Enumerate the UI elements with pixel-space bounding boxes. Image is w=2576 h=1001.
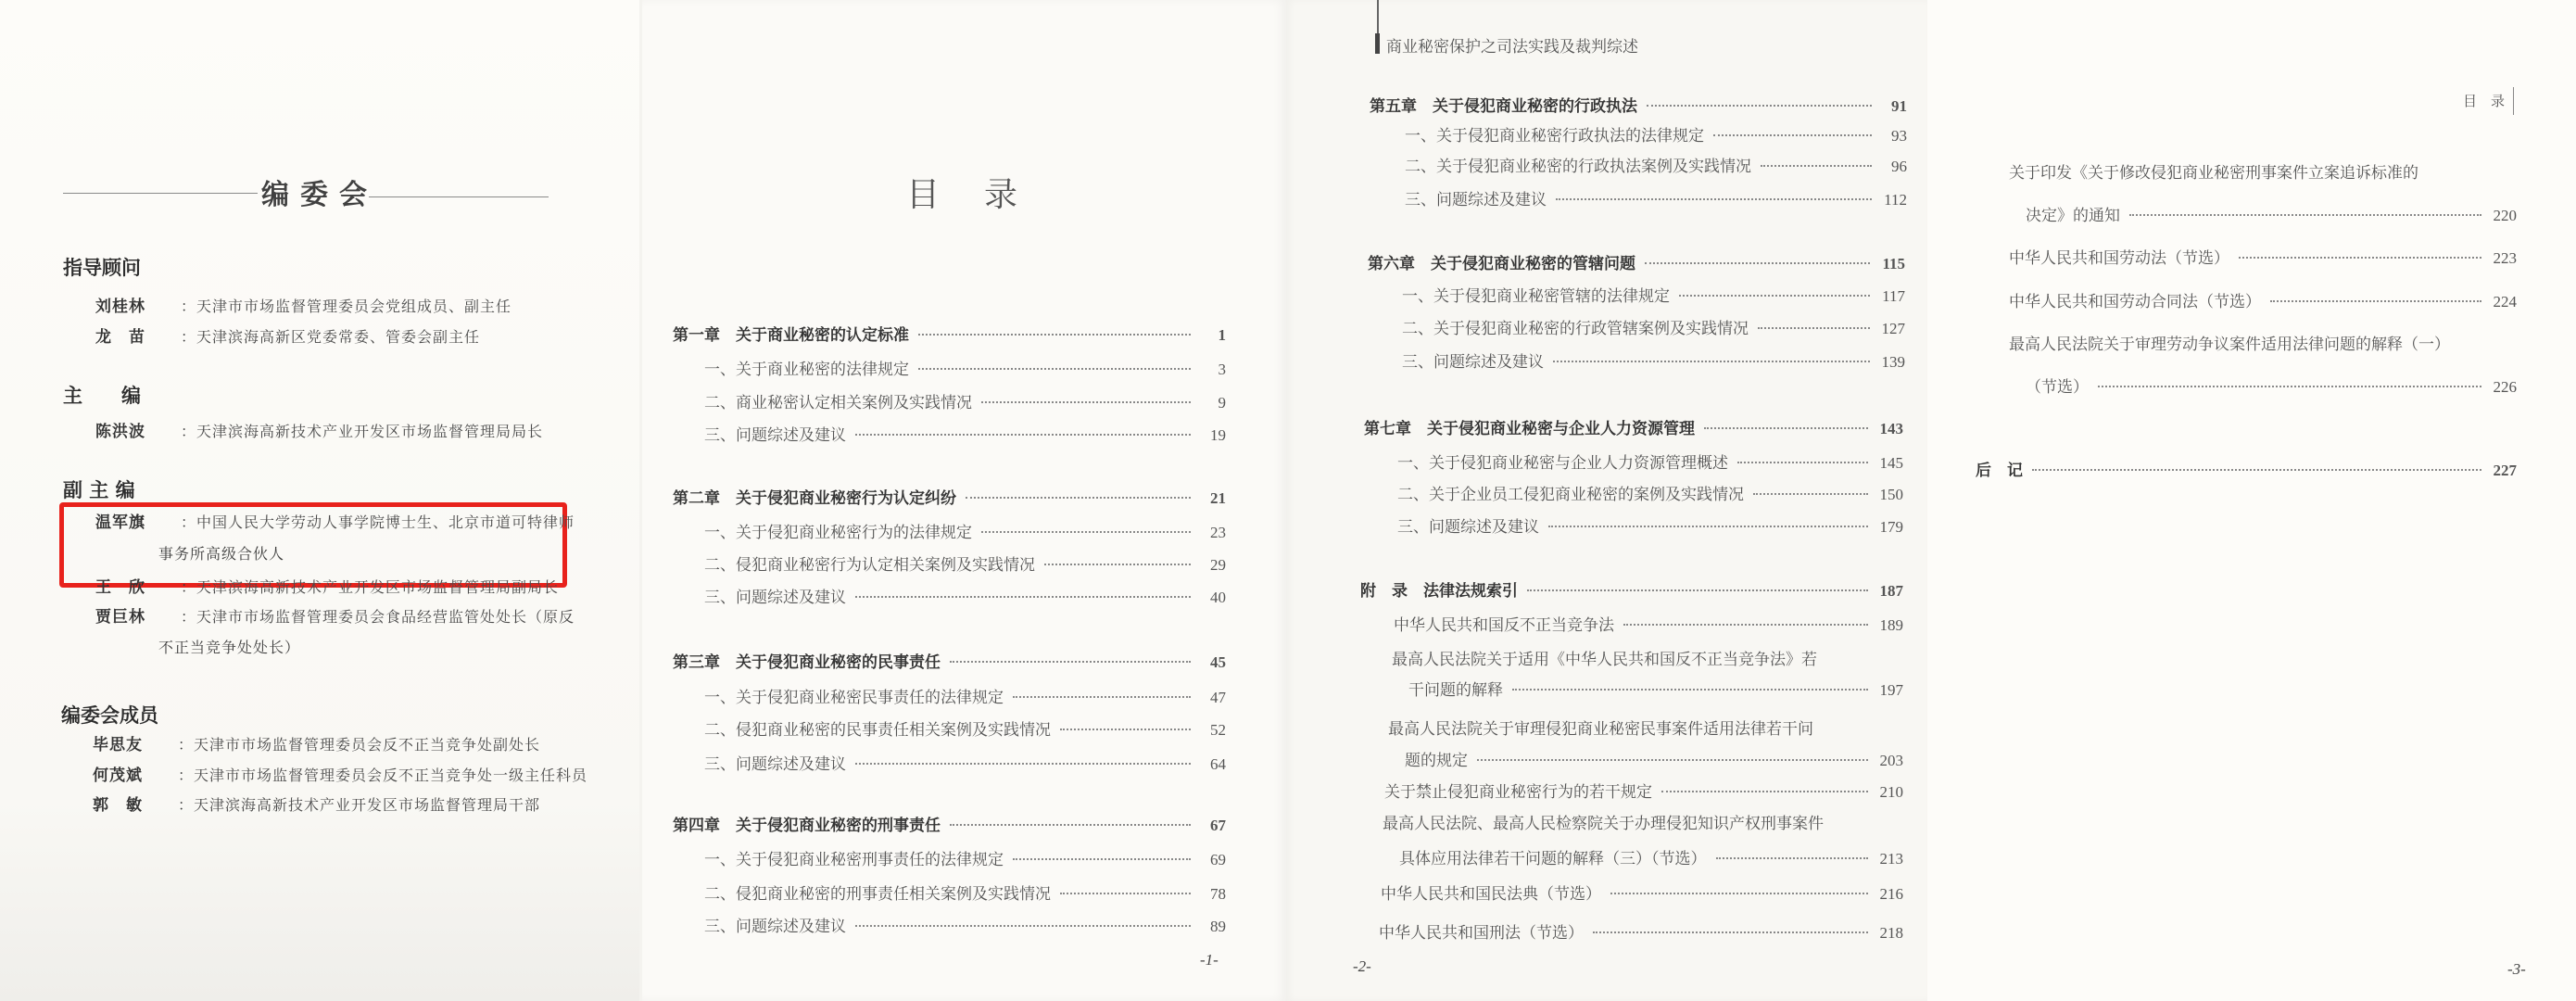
title-rule-left — [63, 193, 258, 194]
leader-dots — [966, 497, 1191, 499]
member-row-highlighted: 温军旗：中国人民大学劳动人事学院博士生、北京市道可特律师 — [95, 509, 575, 532]
toc-page-number: 226 — [2491, 378, 2517, 397]
leader-dots — [2270, 300, 2481, 302]
leader-dots — [1060, 893, 1191, 894]
toc-law[interactable]: 关于禁止侵犯商业秘密行为的若干规定210 — [1384, 779, 1903, 802]
member-desc: 天津市市场监督管理委员会反不正当竞争处一级主任科员 — [194, 767, 587, 784]
leader-dots — [1623, 624, 1868, 626]
toc-page-number: 67 — [1200, 817, 1226, 835]
toc-label: 三、问题综述及建议 — [1405, 186, 1547, 209]
toc-law[interactable]: 中华人民共和国劳动合同法（节选）224 — [2009, 288, 2517, 311]
toc-page-number: 203 — [1877, 752, 1903, 770]
leader-dots — [1013, 696, 1191, 698]
toc-label: 一、关于侵犯商业秘密刑事责任的法律规定 — [704, 846, 1004, 869]
leader-dots — [1716, 857, 1869, 859]
header-rule — [1377, 0, 1379, 33]
toc-section[interactable]: 三、问题综述及建议89 — [704, 913, 1226, 936]
toc-page-number: 216 — [1877, 885, 1903, 904]
toc-page-number: 45 — [1200, 653, 1226, 672]
member-row: 刘桂林：天津市市场监督管理委员会党组成员、副主任 — [95, 293, 511, 316]
member-desc: 天津滨海高新技术产业开发区市场监督管理局局长 — [196, 423, 543, 440]
toc-page-number: 78 — [1200, 885, 1226, 904]
toc-label: 三、问题综述及建议 — [1397, 513, 1539, 537]
toc-page-number: 223 — [2491, 249, 2517, 268]
colon: ： — [181, 423, 196, 440]
toc-label: 第二章 关于侵犯商业秘密行为认定纠纷 — [673, 485, 956, 508]
toc-page-number: 69 — [1200, 851, 1226, 869]
toc-label: 三、问题综述及建议 — [704, 913, 846, 936]
member-row: 郭 敏：天津滨海高新技术产业开发区市场监督管理局干部 — [93, 792, 540, 815]
leader-dots — [1556, 198, 1872, 200]
toc-page-number: 218 — [1877, 924, 1903, 943]
page-toc-3: 目 录 关于印发《关于修改侵犯商业秘密刑事案件立案追诉标准的 决定》的通知220… — [1927, 0, 2576, 1001]
section-heading-deputy-editors: 副 主 编 — [63, 475, 135, 503]
toc-page-number: 93 — [1881, 127, 1907, 146]
toc-law[interactable]: 中华人民共和国民法典（节选）216 — [1381, 881, 1903, 904]
toc-label: 二、关于侵犯商业秘密的行政管辖案例及实践情况 — [1402, 315, 1749, 338]
toc-page-number: 96 — [1881, 158, 1907, 176]
toc-section[interactable]: 三、问题综述及建议19 — [704, 422, 1226, 445]
toc-section[interactable]: 三、问题综述及建议112 — [1405, 186, 1907, 209]
leader-dots — [981, 401, 1191, 403]
toc-page-number: 179 — [1877, 518, 1903, 537]
member-desc: 中国人民大学劳动人事学院博士生、北京市道可特律师 — [196, 513, 575, 531]
colon: ： — [181, 298, 196, 315]
member-desc: 天津滨海高新技术产业开发区市场监督管理局副局长 — [196, 578, 559, 596]
toc-page-number: 1 — [1200, 326, 1226, 345]
leader-dots — [1704, 427, 1868, 429]
toc-section[interactable]: 三、问题综述及建议139 — [1402, 348, 1905, 372]
toc-page-number: 52 — [1200, 721, 1226, 740]
toc-page-number: 139 — [1879, 353, 1905, 372]
leader-dots — [1044, 564, 1191, 565]
leader-dots — [1553, 361, 1870, 362]
toc-page-number: 29 — [1200, 556, 1226, 575]
toc-label: 关于禁止侵犯商业秘密行为的若干规定 — [1384, 779, 1652, 802]
member-row: 何茂斌：天津市市场监督管理委员会反不正当竞争处一级主任科员 — [93, 762, 587, 785]
toc-section[interactable]: 二、关于侵犯商业秘密的行政执法案例及实践情况96 — [1405, 153, 1907, 176]
leader-dots — [1527, 589, 1868, 591]
toc-law-line1[interactable]: 最高人民法院关于审理侵犯商业秘密民事案件适用法律若干问 — [1388, 716, 1813, 739]
toc-postscript[interactable]: 后 记227 — [1976, 457, 2517, 480]
toc-label: 题的规定 — [1405, 747, 1468, 770]
running-head: 目 录 — [2463, 91, 2505, 110]
toc-page-number: 220 — [2491, 207, 2517, 225]
leader-dots — [855, 763, 1191, 765]
toc-page-number: 19 — [1200, 426, 1226, 445]
toc-page-number: 47 — [1200, 689, 1226, 707]
toc-section[interactable]: 一、关于侵犯商业秘密管辖的法律规定117 — [1402, 283, 1905, 306]
member-desc: 天津市市场监督管理委员会食品经营监管处处长（原反 — [196, 608, 575, 626]
toc-page-number: 115 — [1879, 255, 1905, 273]
toc-law-line1[interactable]: 关于印发《关于修改侵犯商业秘密刑事案件立案追诉标准的 — [2009, 159, 2418, 183]
toc-chapter[interactable]: 第四章 关于侵犯商业秘密的刑事责任67 — [673, 812, 1226, 835]
leader-dots — [1737, 462, 1868, 463]
toc-label: 三、问题综述及建议 — [1402, 348, 1544, 372]
toc-label: 三、问题综述及建议 — [704, 422, 846, 445]
toc-label: 三、问题综述及建议 — [704, 751, 846, 774]
colon: ： — [178, 796, 194, 814]
toc-section[interactable]: 二、侵犯商业秘密的民事责任相关案例及实践情况52 — [704, 716, 1226, 740]
toc-chapter[interactable]: 第五章 关于侵犯商业秘密的行政执法91 — [1370, 93, 1907, 116]
page-folio: -2- — [1353, 957, 1371, 976]
colon: ： — [181, 328, 196, 346]
toc-page-number: 9 — [1200, 394, 1226, 412]
toc-label: 二、侵犯商业秘密行为认定相关案例及实践情况 — [704, 551, 1035, 575]
colon: ： — [181, 608, 196, 626]
toc-page-number: 117 — [1879, 287, 1905, 306]
toc-label: 二、关于侵犯商业秘密的行政执法案例及实践情况 — [1405, 153, 1751, 176]
leader-dots — [2098, 386, 2481, 387]
toc-label: 中华人民共和国民法典（节选） — [1381, 881, 1601, 904]
leader-dots — [1647, 105, 1872, 107]
toc-page-number: 40 — [1200, 589, 1226, 607]
toc-page-number: 227 — [2491, 462, 2517, 480]
toc-law[interactable]: 干问题的解释197 — [1408, 677, 1903, 700]
member-desc: 天津市市场监督管理委员会反不正当竞争处副处长 — [194, 736, 540, 754]
member-row: 毕思友：天津市市场监督管理委员会反不正当竞争处副处长 — [93, 731, 540, 754]
toc-label: 一、关于侵犯商业秘密管辖的法律规定 — [1402, 283, 1670, 306]
toc-label: 一、关于侵犯商业秘密行为的法律规定 — [704, 519, 972, 542]
member-desc: 天津滨海高新技术产业开发区市场监督管理局干部 — [194, 796, 540, 814]
toc-section[interactable]: 二、商业秘密认定相关案例及实践情况9 — [704, 389, 1226, 412]
toc-law[interactable]: 题的规定203 — [1405, 747, 1903, 770]
toc-law[interactable]: 具体应用法律若干问题的解释（三）（节选）213 — [1399, 845, 1903, 868]
toc-label: 中华人民共和国劳动法（节选） — [2009, 245, 2229, 268]
member-name: 龙 苗 — [95, 323, 181, 347]
leader-dots — [950, 661, 1191, 663]
toc-label: 后 记 — [1976, 457, 2023, 480]
toc-label: 二、商业秘密认定相关案例及实践情况 — [704, 389, 972, 412]
leader-dots — [1761, 165, 1872, 167]
leader-dots — [2032, 469, 2481, 471]
member-name: 郭 敏 — [93, 792, 178, 815]
toc-chapter[interactable]: 第七章 关于侵犯商业秘密与企业人力资源管理143 — [1364, 415, 1903, 438]
page-toc-2: 商业秘密保护之司法实践及裁判综述 第五章 关于侵犯商业秘密的行政执法91 一、关… — [1286, 0, 1927, 1001]
toc-page-number: 23 — [1200, 524, 1226, 542]
toc-label: （节选） — [2026, 374, 2089, 397]
page-toc-1: 目录 第一章 关于商业秘密的认定标准1 一、关于商业秘密的法律规定3 二、商业秘… — [642, 0, 1286, 1001]
toc-page-number: 112 — [1881, 191, 1907, 209]
toc-label: 三、问题综述及建议 — [704, 584, 846, 607]
leader-dots — [1013, 858, 1191, 860]
member-desc: 天津市市场监督管理委员会党组成员、副主任 — [196, 298, 511, 315]
member-name: 毕思友 — [93, 731, 178, 754]
leader-dots — [1753, 493, 1868, 495]
toc-label: 具体应用法律若干问题的解释（三）（节选） — [1399, 845, 1707, 868]
toc-appendix[interactable]: 附 录 法律法规索引187 — [1360, 577, 1903, 601]
toc-page-number: 224 — [2491, 293, 2517, 311]
toc-label: 二、侵犯商业秘密的民事责任相关案例及实践情况 — [704, 716, 1051, 740]
colon: ： — [178, 767, 194, 784]
header-bar-icon — [1375, 33, 1380, 54]
member-name: 何茂斌 — [93, 762, 178, 785]
section-heading-board-members: 编委会成员 — [61, 701, 158, 729]
toc-section[interactable]: 二、关于侵犯商业秘密的行政管辖案例及实践情况127 — [1402, 315, 1905, 338]
toc-label: 中华人民共和国刑法（节选） — [1379, 919, 1584, 943]
member-row: 龙 苗：天津滨海高新区党委常委、管委会副主任 — [95, 323, 480, 347]
leader-dots — [1060, 729, 1191, 730]
toc-chapter[interactable]: 第一章 关于商业秘密的认定标准1 — [673, 322, 1226, 345]
toc-law-line1[interactable]: 最高人民法院关于审理劳动争议案件适用法律问题的解释（一） — [2009, 331, 2450, 354]
toc-section[interactable]: 二、侵犯商业秘密行为认定相关案例及实践情况29 — [704, 551, 1226, 575]
toc-page-number: 187 — [1877, 582, 1903, 601]
colon: ： — [181, 513, 196, 531]
leader-dots — [1645, 262, 1870, 264]
toc-label: 第四章 关于侵犯商业秘密的刑事责任 — [673, 812, 941, 835]
toc-label: 第六章 关于侵犯商业秘密的管辖问题 — [1368, 250, 1635, 273]
toc-page-number: 213 — [1877, 850, 1903, 868]
member-row: 陈洪波：天津滨海高新技术产业开发区市场监督管理局局长 — [95, 418, 543, 441]
toc-law[interactable]: 中华人民共和国劳动法（节选）223 — [2009, 245, 2517, 268]
leader-dots — [1610, 893, 1868, 894]
toc-chapter[interactable]: 第三章 关于侵犯商业秘密的民事责任45 — [673, 649, 1226, 672]
toc-section[interactable]: 一、关于侵犯商业秘密行政执法的法律规定93 — [1405, 122, 1907, 146]
member-name: 陈洪波 — [95, 418, 181, 441]
leader-dots — [1679, 295, 1870, 297]
toc-page-number: 143 — [1877, 420, 1903, 438]
toc-page-number: 210 — [1877, 783, 1903, 802]
leader-dots — [918, 368, 1191, 370]
leader-dots — [2129, 214, 2481, 216]
leader-dots — [981, 531, 1191, 533]
toc-section[interactable]: 一、关于侵犯商业秘密与企业人力资源管理概述145 — [1397, 450, 1903, 473]
toc-title: 目录 — [906, 169, 1062, 216]
running-head: 商业秘密保护之司法实践及裁判综述 — [1386, 33, 1638, 57]
toc-section[interactable]: 一、关于侵犯商业秘密刑事责任的法律规定69 — [704, 846, 1226, 869]
member-name: 温军旗 — [95, 509, 181, 532]
toc-section[interactable]: 一、关于商业秘密的法律规定3 — [704, 356, 1226, 379]
leader-dots — [1758, 327, 1870, 329]
member-desc-continuation: 不正当竞争处处长） — [158, 636, 300, 657]
member-name: 刘桂林 — [95, 293, 181, 316]
toc-chapter[interactable]: 第六章 关于侵犯商业秘密的管辖问题115 — [1368, 250, 1905, 273]
toc-page-number: 197 — [1877, 681, 1903, 700]
leader-dots — [1661, 791, 1868, 792]
toc-law[interactable]: 中华人民共和国反不正当竞争法189 — [1394, 612, 1903, 635]
leader-dots — [1477, 759, 1868, 761]
member-row: 贾巨林：天津市市场监督管理委员会食品经营监管处处长（原反 — [95, 603, 575, 627]
toc-label: 中华人民共和国反不正当竞争法 — [1394, 612, 1614, 635]
toc-label: 第三章 关于侵犯商业秘密的民事责任 — [673, 649, 941, 672]
colon: ： — [181, 578, 196, 596]
toc-page-number: 3 — [1200, 361, 1226, 379]
leader-dots — [1548, 526, 1868, 527]
toc-label: 干问题的解释 — [1408, 677, 1503, 700]
page-folio: -3- — [2507, 960, 2526, 979]
toc-chapter[interactable]: 第二章 关于侵犯商业秘密行为认定纠纷21 — [673, 485, 1226, 508]
section-heading-advisors: 指导顾问 — [63, 253, 141, 281]
toc-page-number: 127 — [1879, 320, 1905, 338]
leader-dots — [855, 596, 1191, 598]
member-desc: 天津滨海高新区党委常委、管委会副主任 — [196, 328, 480, 346]
toc-law[interactable]: 决定》的通知220 — [2026, 202, 2517, 225]
toc-page-number: 89 — [1200, 918, 1226, 936]
toc-section[interactable]: 二、侵犯商业秘密的刑事责任相关案例及实践情况78 — [704, 881, 1226, 904]
toc-label: 一、关于侵犯商业秘密与企业人力资源管理概述 — [1397, 450, 1728, 473]
leader-dots — [950, 824, 1191, 826]
toc-section[interactable]: 三、问题综述及建议179 — [1397, 513, 1903, 537]
leader-dots — [855, 925, 1191, 927]
page-editorial-board: 编委会 指导顾问 刘桂林：天津市市场监督管理委员会党组成员、副主任 龙 苗：天津… — [0, 0, 639, 1001]
toc-label: 一、关于商业秘密的法律规定 — [704, 356, 909, 379]
toc-label: 一、关于侵犯商业秘密民事责任的法律规定 — [704, 684, 1004, 707]
toc-label: 第七章 关于侵犯商业秘密与企业人力资源管理 — [1364, 415, 1695, 438]
toc-label: 中华人民共和国劳动合同法（节选） — [2009, 288, 2261, 311]
toc-page-number: 150 — [1877, 486, 1903, 504]
member-desc-continuation: 事务所高级合伙人 — [158, 542, 284, 564]
toc-section[interactable]: 一、关于侵犯商业秘密民事责任的法律规定47 — [704, 684, 1226, 707]
toc-label: 附 录 法律法规索引 — [1360, 577, 1518, 601]
toc-page-number: 189 — [1877, 616, 1903, 635]
leader-dots — [855, 434, 1191, 436]
toc-law-line1[interactable]: 最高人民法院关于适用《中华人民共和国反不正当竞争法》若 — [1392, 646, 1817, 669]
toc-law-line1[interactable]: 最高人民法院、最高人民检察院关于办理侵犯知识产权刑事案件 — [1383, 810, 1824, 833]
colon: ： — [178, 736, 194, 754]
toc-page-number: 64 — [1200, 755, 1226, 774]
section-heading-chief-editor: 主 编 — [63, 381, 141, 409]
leader-dots — [2239, 257, 2481, 259]
header-rule — [2513, 87, 2514, 115]
editorial-board-title: 编委会 — [261, 171, 378, 212]
leader-dots — [1593, 931, 1868, 933]
toc-section[interactable]: 二、关于企业员工侵犯商业秘密的案例及实践情况150 — [1397, 481, 1903, 504]
toc-page-number: 91 — [1881, 97, 1907, 116]
toc-law[interactable]: 中华人民共和国刑法（节选）218 — [1379, 919, 1903, 943]
toc-law[interactable]: （节选）226 — [2026, 374, 2517, 397]
toc-section[interactable]: 一、关于侵犯商业秘密行为的法律规定23 — [704, 519, 1226, 542]
toc-label: 决定》的通知 — [2026, 202, 2120, 225]
toc-label: 二、侵犯商业秘密的刑事责任相关案例及实践情况 — [704, 881, 1051, 904]
page-folio: -1- — [1200, 951, 1219, 969]
toc-section[interactable]: 三、问题综述及建议64 — [704, 751, 1226, 774]
toc-page-number: 21 — [1200, 489, 1226, 508]
toc-label: 二、关于企业员工侵犯商业秘密的案例及实践情况 — [1397, 481, 1744, 504]
toc-label: 第一章 关于商业秘密的认定标准 — [673, 322, 909, 345]
leader-dots — [1512, 689, 1868, 691]
leader-dots — [918, 334, 1191, 336]
member-name: 贾巨林 — [95, 603, 181, 627]
title-rule-right — [369, 196, 549, 197]
toc-section[interactable]: 三、问题综述及建议40 — [704, 584, 1226, 607]
member-name: 王 欣 — [95, 574, 181, 597]
leader-dots — [1713, 134, 1872, 136]
toc-label: 第五章 关于侵犯商业秘密的行政执法 — [1370, 93, 1637, 116]
toc-label: 一、关于侵犯商业秘密行政执法的法律规定 — [1405, 122, 1704, 146]
toc-page-number: 145 — [1877, 454, 1903, 473]
member-row: 王 欣：天津滨海高新技术产业开发区市场监督管理局副局长 — [95, 574, 559, 597]
